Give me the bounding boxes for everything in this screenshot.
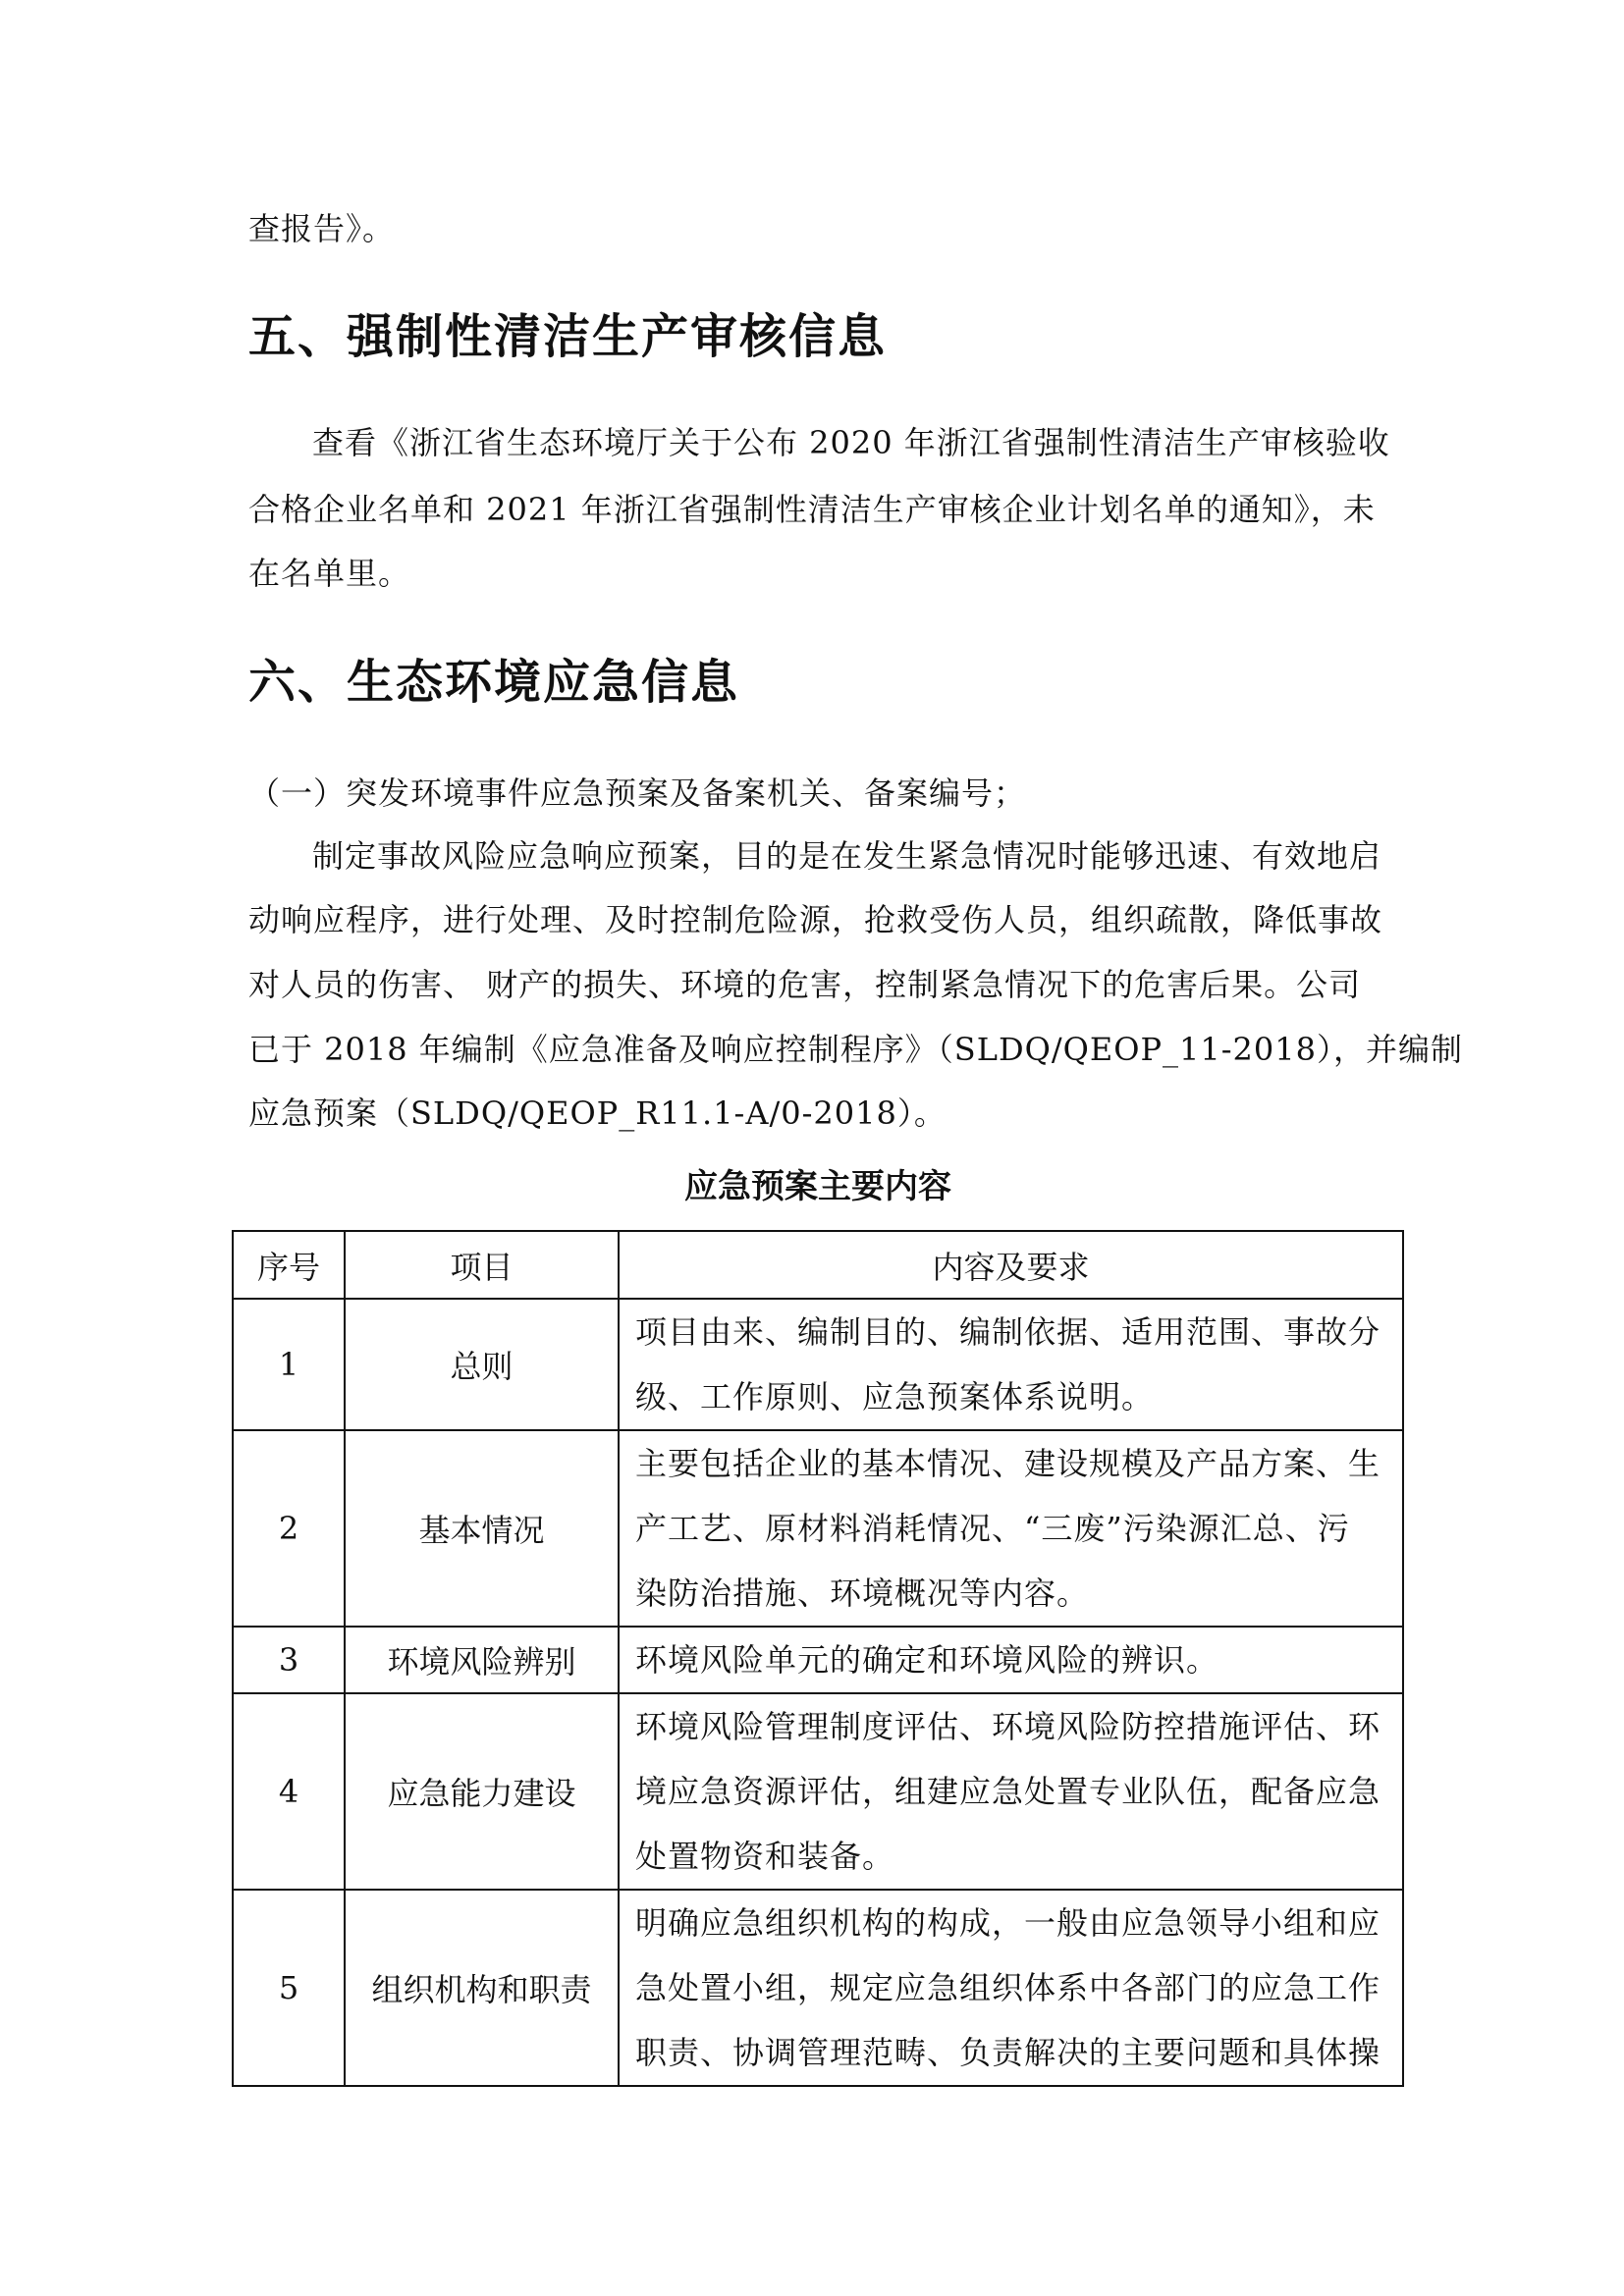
content-line: 主要包括企业的基本情况、建设规模及产品方案、生: [635, 1431, 1388, 1496]
emergency-plan-table: 序号 项目 内容及要求 1 总则 项目由来、编制目的、编制依据、适用范围、事故分…: [232, 1230, 1404, 2087]
header-no: 序号: [233, 1231, 345, 1299]
cell-item: 应急能力建设: [345, 1693, 619, 1890]
paragraph-line: 查看《浙江省生态环境厅关于公布 2020 年浙江省强制性清洁生产审核验收: [312, 423, 1390, 462]
cell-item: 基本情况: [345, 1430, 619, 1627]
header-content: 内容及要求: [619, 1231, 1403, 1299]
paragraph-line: 合格企业名单和 2021 年浙江省强制性清洁生产审核企业计划名单的通知》，未: [248, 490, 1376, 529]
content-line: 级、工作原则、应急预案体系说明。: [635, 1364, 1388, 1429]
cell-content: 环境风险管理制度评估、环境风险防控措施评估、环 境应急资源评估，组建应急处置专业…: [619, 1693, 1403, 1890]
paragraph-line: 制定事故风险应急响应预案，目的是在发生紧急情况时能够迅速、有效地启: [312, 836, 1381, 876]
cell-no: 3: [233, 1627, 345, 1693]
paragraph-line: 应急预案（SLDQ/QEOP_R11.1-A/0-2018）。: [248, 1094, 947, 1133]
table-title: 应急预案主要内容: [232, 1165, 1404, 1208]
table-row: 3 环境风险辨别 环境风险单元的确定和环境风险的辨识。: [233, 1627, 1403, 1693]
table-header-row: 序号 项目 内容及要求: [233, 1231, 1403, 1299]
cell-content: 项目由来、编制目的、编制依据、适用范围、事故分 级、工作原则、应急预案体系说明。: [619, 1299, 1403, 1430]
paragraph-line: 对人员的伤害、 财产的损失、环境的危害，控制紧急情况下的危害后果。公司: [248, 965, 1361, 1004]
content-line: 职责、协调管理范畴、负责解决的主要问题和具体操: [635, 2020, 1388, 2085]
content-line: 产工艺、原材料消耗情况、“三废”污染源汇总、污: [635, 1496, 1388, 1561]
content-line: 处置物资和装备。: [635, 1824, 1388, 1889]
table-row: 5 组织机构和职责 明确应急组织机构的构成，一般由应急领导小组和应 急处置小组，…: [233, 1890, 1403, 2086]
paragraph-line: 已于 2018 年编制《应急准备及响应控制程序》（SLDQ/QEOP_11-20…: [248, 1030, 1463, 1069]
table-row: 2 基本情况 主要包括企业的基本情况、建设规模及产品方案、生 产工艺、原材料消耗…: [233, 1430, 1403, 1627]
cell-no: 2: [233, 1430, 345, 1627]
content-line: 境应急资源评估，组建应急处置专业队伍，配备应急: [635, 1759, 1388, 1824]
cell-content: 明确应急组织机构的构成，一般由应急领导小组和应 急处置小组，规定应急组织体系中各…: [619, 1890, 1403, 2086]
header-item: 项目: [345, 1231, 619, 1299]
cell-no: 5: [233, 1890, 345, 2086]
section-heading-5: 五、强制性清洁生产审核信息: [248, 309, 887, 364]
cell-item: 总则: [345, 1299, 619, 1430]
table-row: 1 总则 项目由来、编制目的、编制依据、适用范围、事故分 级、工作原则、应急预案…: [233, 1299, 1403, 1430]
content-line: 环境风险管理制度评估、环境风险防控措施评估、环: [635, 1694, 1388, 1759]
content-line: 急处置小组，规定应急组织体系中各部门的应急工作: [635, 1955, 1388, 2020]
paragraph-line: 动响应程序，进行处理、及时控制危险源，抢救受伤人员，组织疏散，降低事故: [248, 900, 1382, 939]
cell-item: 组织机构和职责: [345, 1890, 619, 2086]
content-line: 项目由来、编制目的、编制依据、适用范围、事故分: [635, 1300, 1388, 1364]
cell-no: 1: [233, 1299, 345, 1430]
paragraph-line: 在名单里。: [248, 554, 410, 593]
cell-content: 环境风险单元的确定和环境风险的辨识。: [619, 1627, 1403, 1693]
cell-content: 主要包括企业的基本情况、建设规模及产品方案、生 产工艺、原材料消耗情况、“三废”…: [619, 1430, 1403, 1627]
content-line: 环境风险单元的确定和环境风险的辨识。: [635, 1628, 1388, 1692]
table-row: 4 应急能力建设 环境风险管理制度评估、环境风险防控措施评估、环 境应急资源评估…: [233, 1693, 1403, 1890]
section-heading-6: 六、生态环境应急信息: [248, 655, 739, 710]
subheading: （一）突发环境事件应急预案及备案机关、备案编号；: [248, 774, 1026, 813]
content-line: 明确应急组织机构的构成，一般由应急领导小组和应: [635, 1891, 1388, 1955]
cell-no: 4: [233, 1693, 345, 1890]
cell-item: 环境风险辨别: [345, 1627, 619, 1693]
content-line: 染防治措施、环境概况等内容。: [635, 1561, 1388, 1626]
continuation-text: 查报告》。: [248, 209, 395, 248]
